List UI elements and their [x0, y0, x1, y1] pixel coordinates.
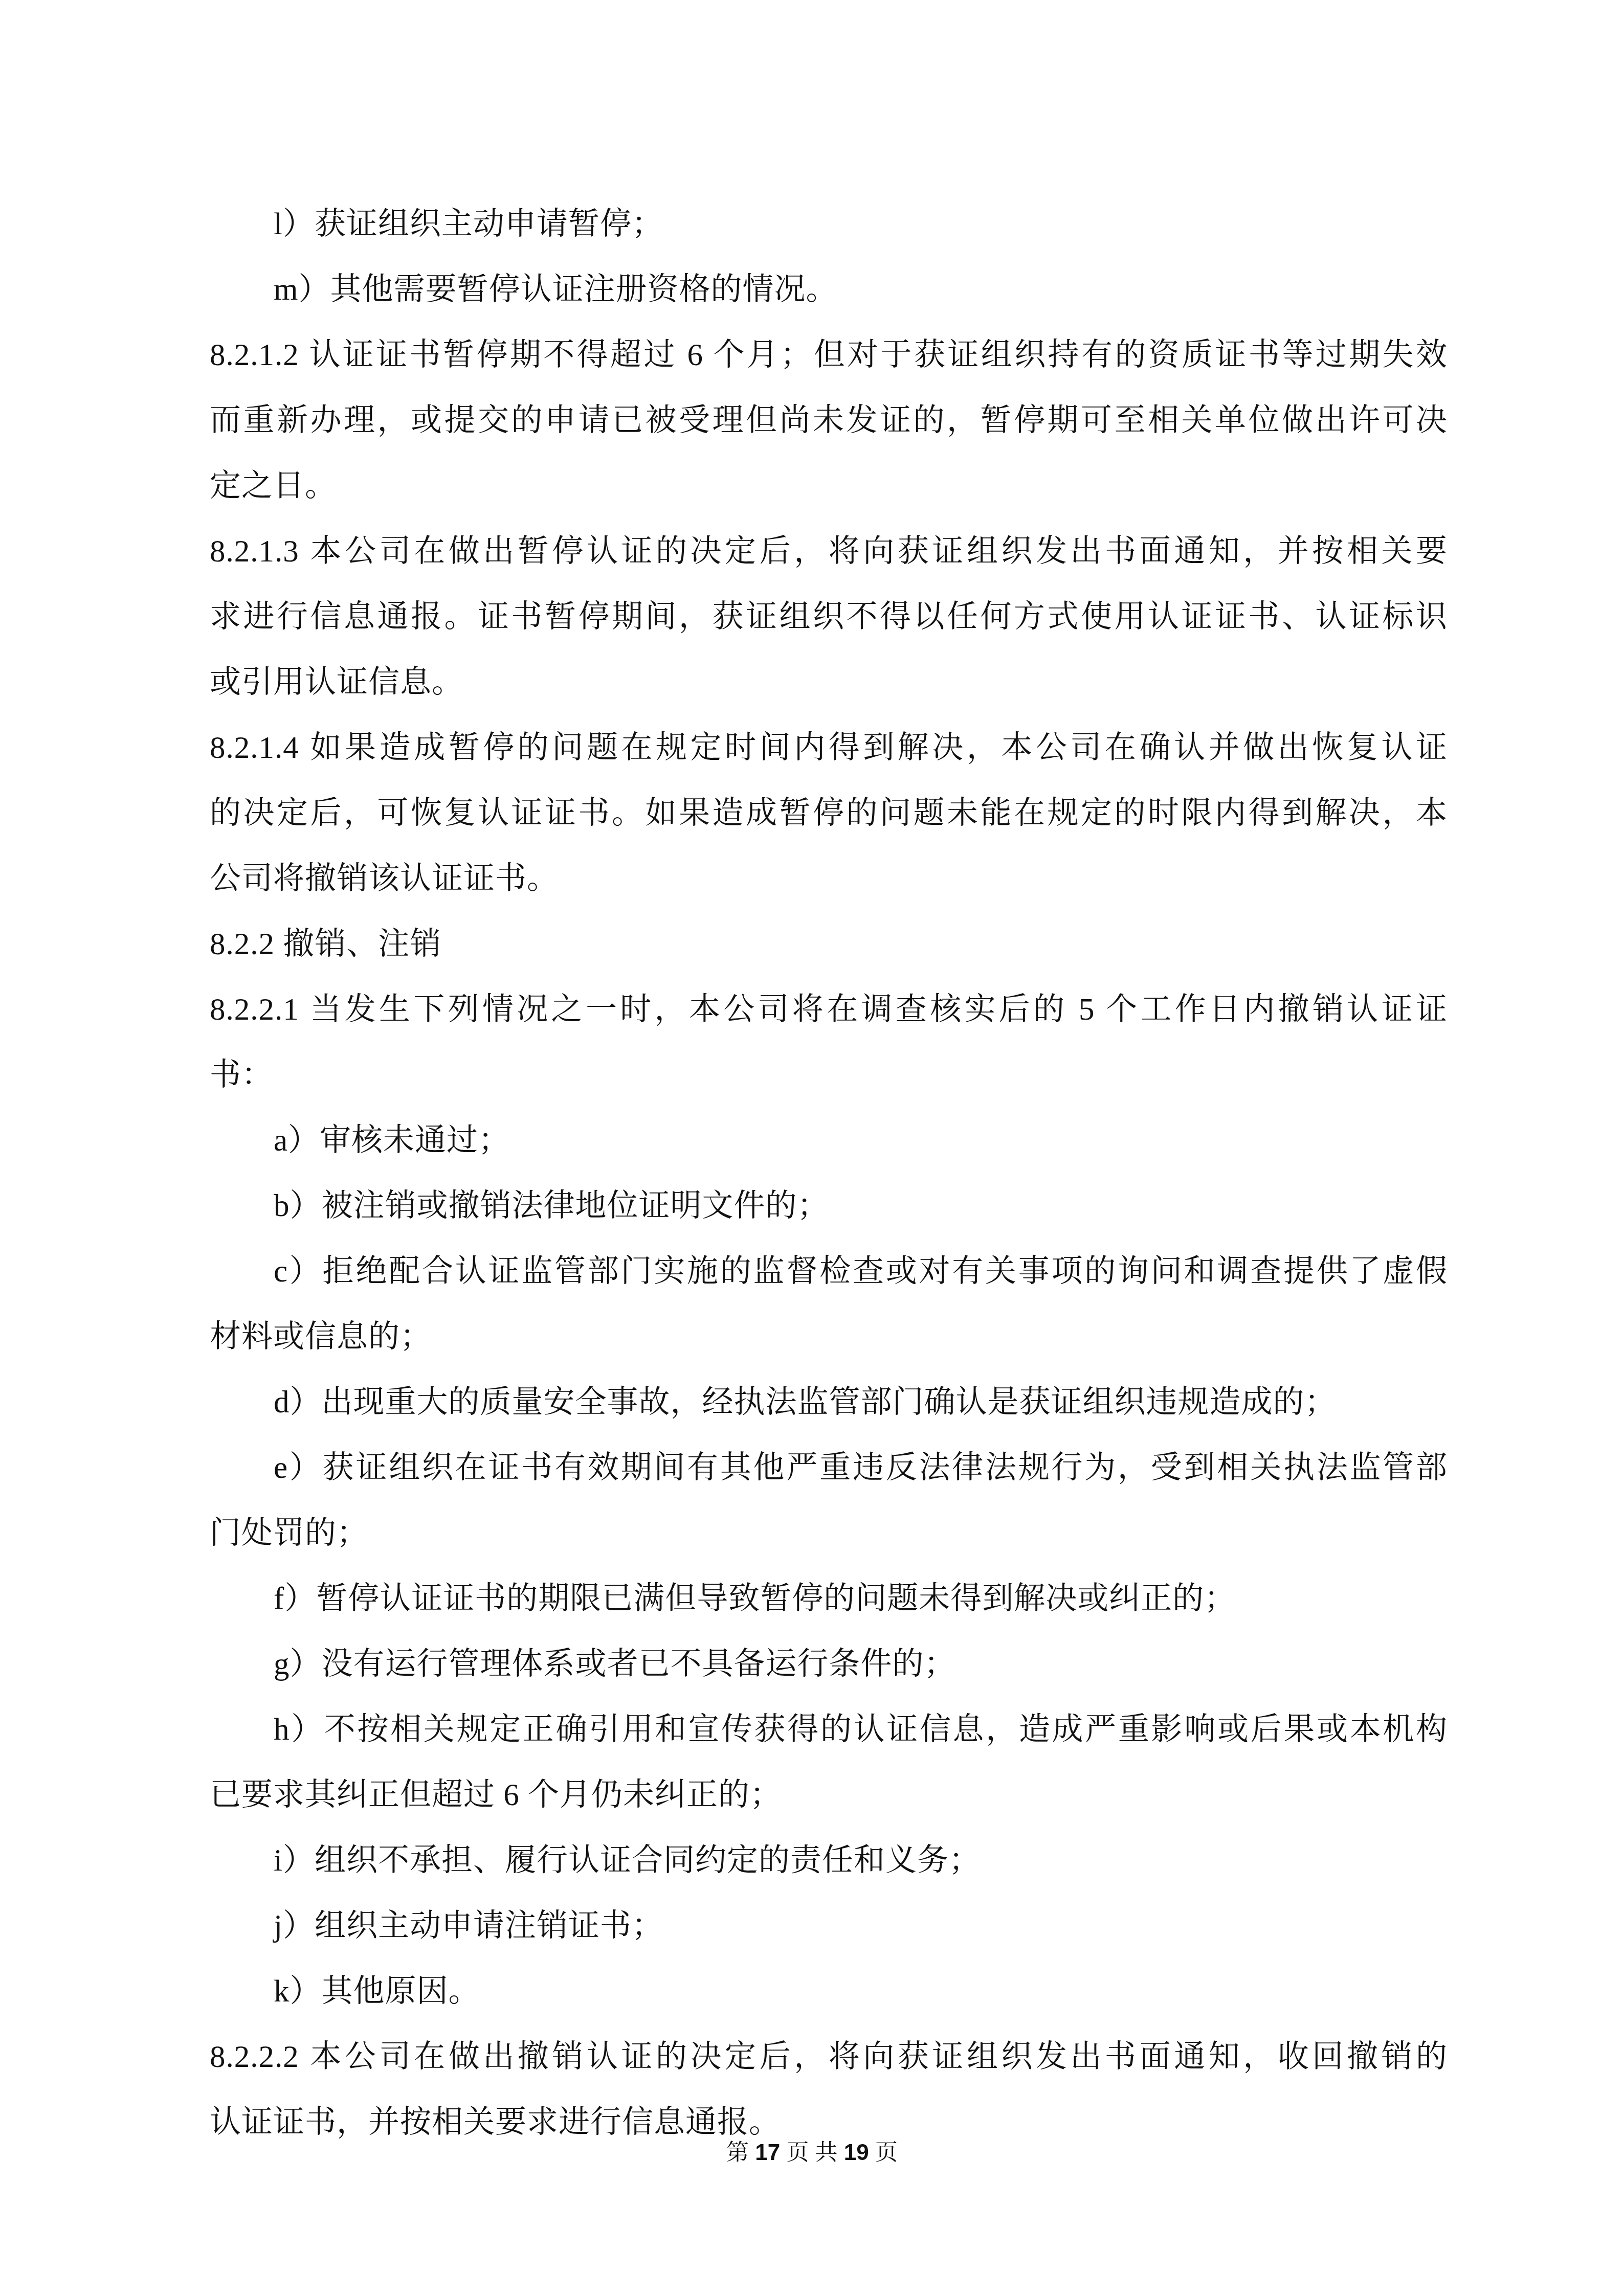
text-line: c）拒绝配合认证监管部门实施的监督检查或对有关事项的询问和调查提供了虚假 [210, 1239, 1448, 1304]
text-line: 门处罚的； [210, 1501, 1448, 1566]
text-line: k）其他原因。 [210, 1959, 1448, 2024]
text-line: 8.2.2 撤销、注销 [210, 912, 1448, 977]
footer-suffix: 页 [875, 2140, 898, 2165]
total-pages-number: 19 [844, 2140, 869, 2165]
text-line: 材料或信息的； [210, 1304, 1448, 1370]
text-line: 书： [210, 1043, 1448, 1108]
text-line: 公司将撤销该认证证书。 [210, 846, 1448, 912]
text-line: 8.2.1.2 认证证书暂停期不得超过 6 个月；但对于获证组织持有的资质证书等… [210, 323, 1448, 388]
text-line: 8.2.2.1 当发生下列情况之一时，本公司将在调查核实后的 5 个工作日内撤销… [210, 977, 1448, 1043]
document-body: l）获证组织主动申请暂停；m）其他需要暂停认证注册资格的情况。8.2.1.2 认… [210, 192, 1448, 2155]
text-line: j）组织主动申请注销证书； [210, 1894, 1448, 1959]
text-line: h）不按相关规定正确引用和宣传获得的认证信息，造成严重影响或后果或本机构 [210, 1697, 1448, 1763]
text-line: i）组织不承担、履行认证合同约定的责任和义务； [210, 1828, 1448, 1894]
document-page: l）获证组织主动申请暂停；m）其他需要暂停认证注册资格的情况。8.2.1.2 认… [0, 0, 1624, 2296]
text-line: d）出现重大的质量安全事故，经执法监管部门确认是获证组织违规造成的； [210, 1370, 1448, 1435]
text-line: b）被注销或撤销法律地位证明文件的； [210, 1174, 1448, 1239]
text-line: 的决定后，可恢复认证证书。如果造成暂停的问题未能在规定的时限内得到解决，本 [210, 781, 1448, 846]
text-line: m）其他需要暂停认证注册资格的情况。 [210, 257, 1448, 323]
current-page-number: 17 [755, 2140, 780, 2165]
text-line: a）审核未通过； [210, 1108, 1448, 1174]
text-line: 8.2.1.3 本公司在做出暂停认证的决定后，将向获证组织发出书面通知，并按相关… [210, 519, 1448, 584]
footer-prefix: 第 [726, 2140, 749, 2165]
text-line: f）暂停认证证书的期限已满但导致暂停的问题未得到解决或纠正的； [210, 1566, 1448, 1632]
text-line: e）获证组织在证书有效期间有其他严重违反法律法规行为，受到相关执法监管部 [210, 1435, 1448, 1501]
footer-middle: 页 共 [786, 2140, 837, 2165]
text-line: l）获证组织主动申请暂停； [210, 192, 1448, 257]
page-footer: 第 17 页 共 19 页 [0, 2137, 1624, 2168]
text-line: g）没有运行管理体系或者已不具备运行条件的； [210, 1632, 1448, 1697]
text-line: 8.2.1.4 如果造成暂停的问题在规定时间内得到解决，本公司在确认并做出恢复认… [210, 715, 1448, 781]
text-line: 或引用认证信息。 [210, 650, 1448, 715]
text-line: 已要求其纠正但超过 6 个月仍未纠正的； [210, 1763, 1448, 1828]
text-line: 定之日。 [210, 454, 1448, 519]
text-line: 而重新办理，或提交的申请已被受理但尚未发证的，暂停期可至相关单位做出许可决 [210, 388, 1448, 454]
text-line: 求进行信息通报。证书暂停期间，获证组织不得以任何方式使用认证证书、认证标识 [210, 584, 1448, 650]
text-line: 8.2.2.2 本公司在做出撤销认证的决定后，将向获证组织发出书面通知，收回撤销… [210, 2024, 1448, 2090]
